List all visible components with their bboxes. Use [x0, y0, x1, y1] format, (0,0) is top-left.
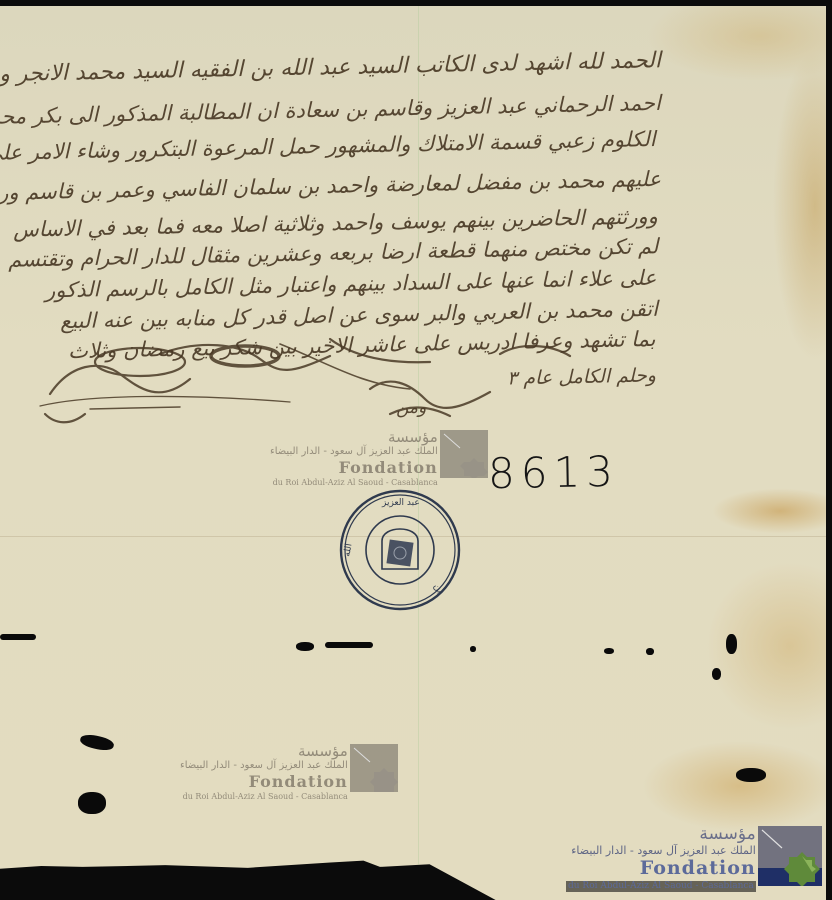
watermark-french-title: Fondation [270, 460, 438, 476]
script-line-2: احمد الرحماني عبد العزيز وقاسم بن سعادة … [0, 91, 661, 129]
foundation-watermark: مؤسسة الملك عبد العزيز آل سعود - الدار ا… [180, 744, 398, 801]
watermark-french-subtitle: du Roi Abdul-Aziz Al Saoud - Casablanca [180, 793, 348, 801]
watermark-arabic-title: مؤسسة [566, 826, 756, 843]
foundation-logo-icon [440, 430, 488, 478]
watermark-arabic-title: مؤسسة [180, 744, 348, 759]
script-line-4: عليهم محمد بن مفضل لمعارضة واحمد بن سلما… [0, 167, 661, 205]
ink-blot [296, 642, 314, 651]
ink-blot [604, 648, 614, 654]
watermark-french-subtitle: du Roi Abdul-Aziz Al Saoud - Casablanca [270, 479, 438, 487]
foundation-corner-watermark: مؤسسة الملك عبد العزيز آل سعود - الدار ا… [566, 826, 822, 892]
ink-blot [712, 668, 721, 680]
ink-blot [736, 768, 766, 782]
script-line-7: على علاء انما عنها على السداد بينهم واعت… [44, 266, 656, 303]
foundation-watermark: مؤسسة الملك عبد العزيز آل سعود - الدار ا… [270, 430, 488, 487]
ink-blot [325, 642, 373, 648]
ink-blot [726, 634, 737, 654]
watermark-arabic-title: مؤسسة [270, 430, 438, 445]
svg-text:عبد العزيز: عبد العزيز [381, 498, 420, 508]
foundation-logo-icon [350, 744, 398, 792]
ink-blot [78, 792, 106, 814]
script-line-6: لم تكن مختص منهما قطعة ارضا بربعه وعشرين… [7, 234, 658, 272]
foundation-logo-icon [758, 826, 822, 886]
watermark-arabic-subtitle: الملك عبد العزيز آل سعود - الدار البيضاء [180, 761, 348, 771]
ink-blot [0, 634, 36, 640]
watermark-french-title: Fondation [566, 859, 756, 878]
royal-seal-stamp: عبد العزيز الله بن [336, 489, 464, 611]
watermark-french-subtitle: du Roi Abdul-Aziz Al Saoud - Casablanca [566, 881, 756, 892]
ink-blot [79, 733, 115, 753]
manuscript-page: الحمد لله اشهد لدى الكاتب السيد عبد الله… [0, 6, 826, 900]
watermark-arabic-subtitle: الملك عبد العزيز آل سعود - الدار البيضاء [270, 447, 438, 457]
notary-signatures [30, 334, 590, 429]
ink-blot [470, 646, 476, 652]
watermark-arabic-subtitle: الملك عبد العزيز آل سعود - الدار البيضاء [566, 845, 756, 856]
ink-blot [646, 648, 654, 655]
accession-number: 8613 [488, 447, 620, 498]
svg-text:الله: الله [342, 543, 354, 558]
script-line-1: الحمد لله اشهد لدى الكاتب السيد عبد الله… [0, 48, 661, 89]
watermark-french-title: Fondation [180, 774, 348, 790]
script-line-3: الكلوم زعبي قسمة الامتلاك والمشهور حمل ا… [0, 127, 656, 165]
